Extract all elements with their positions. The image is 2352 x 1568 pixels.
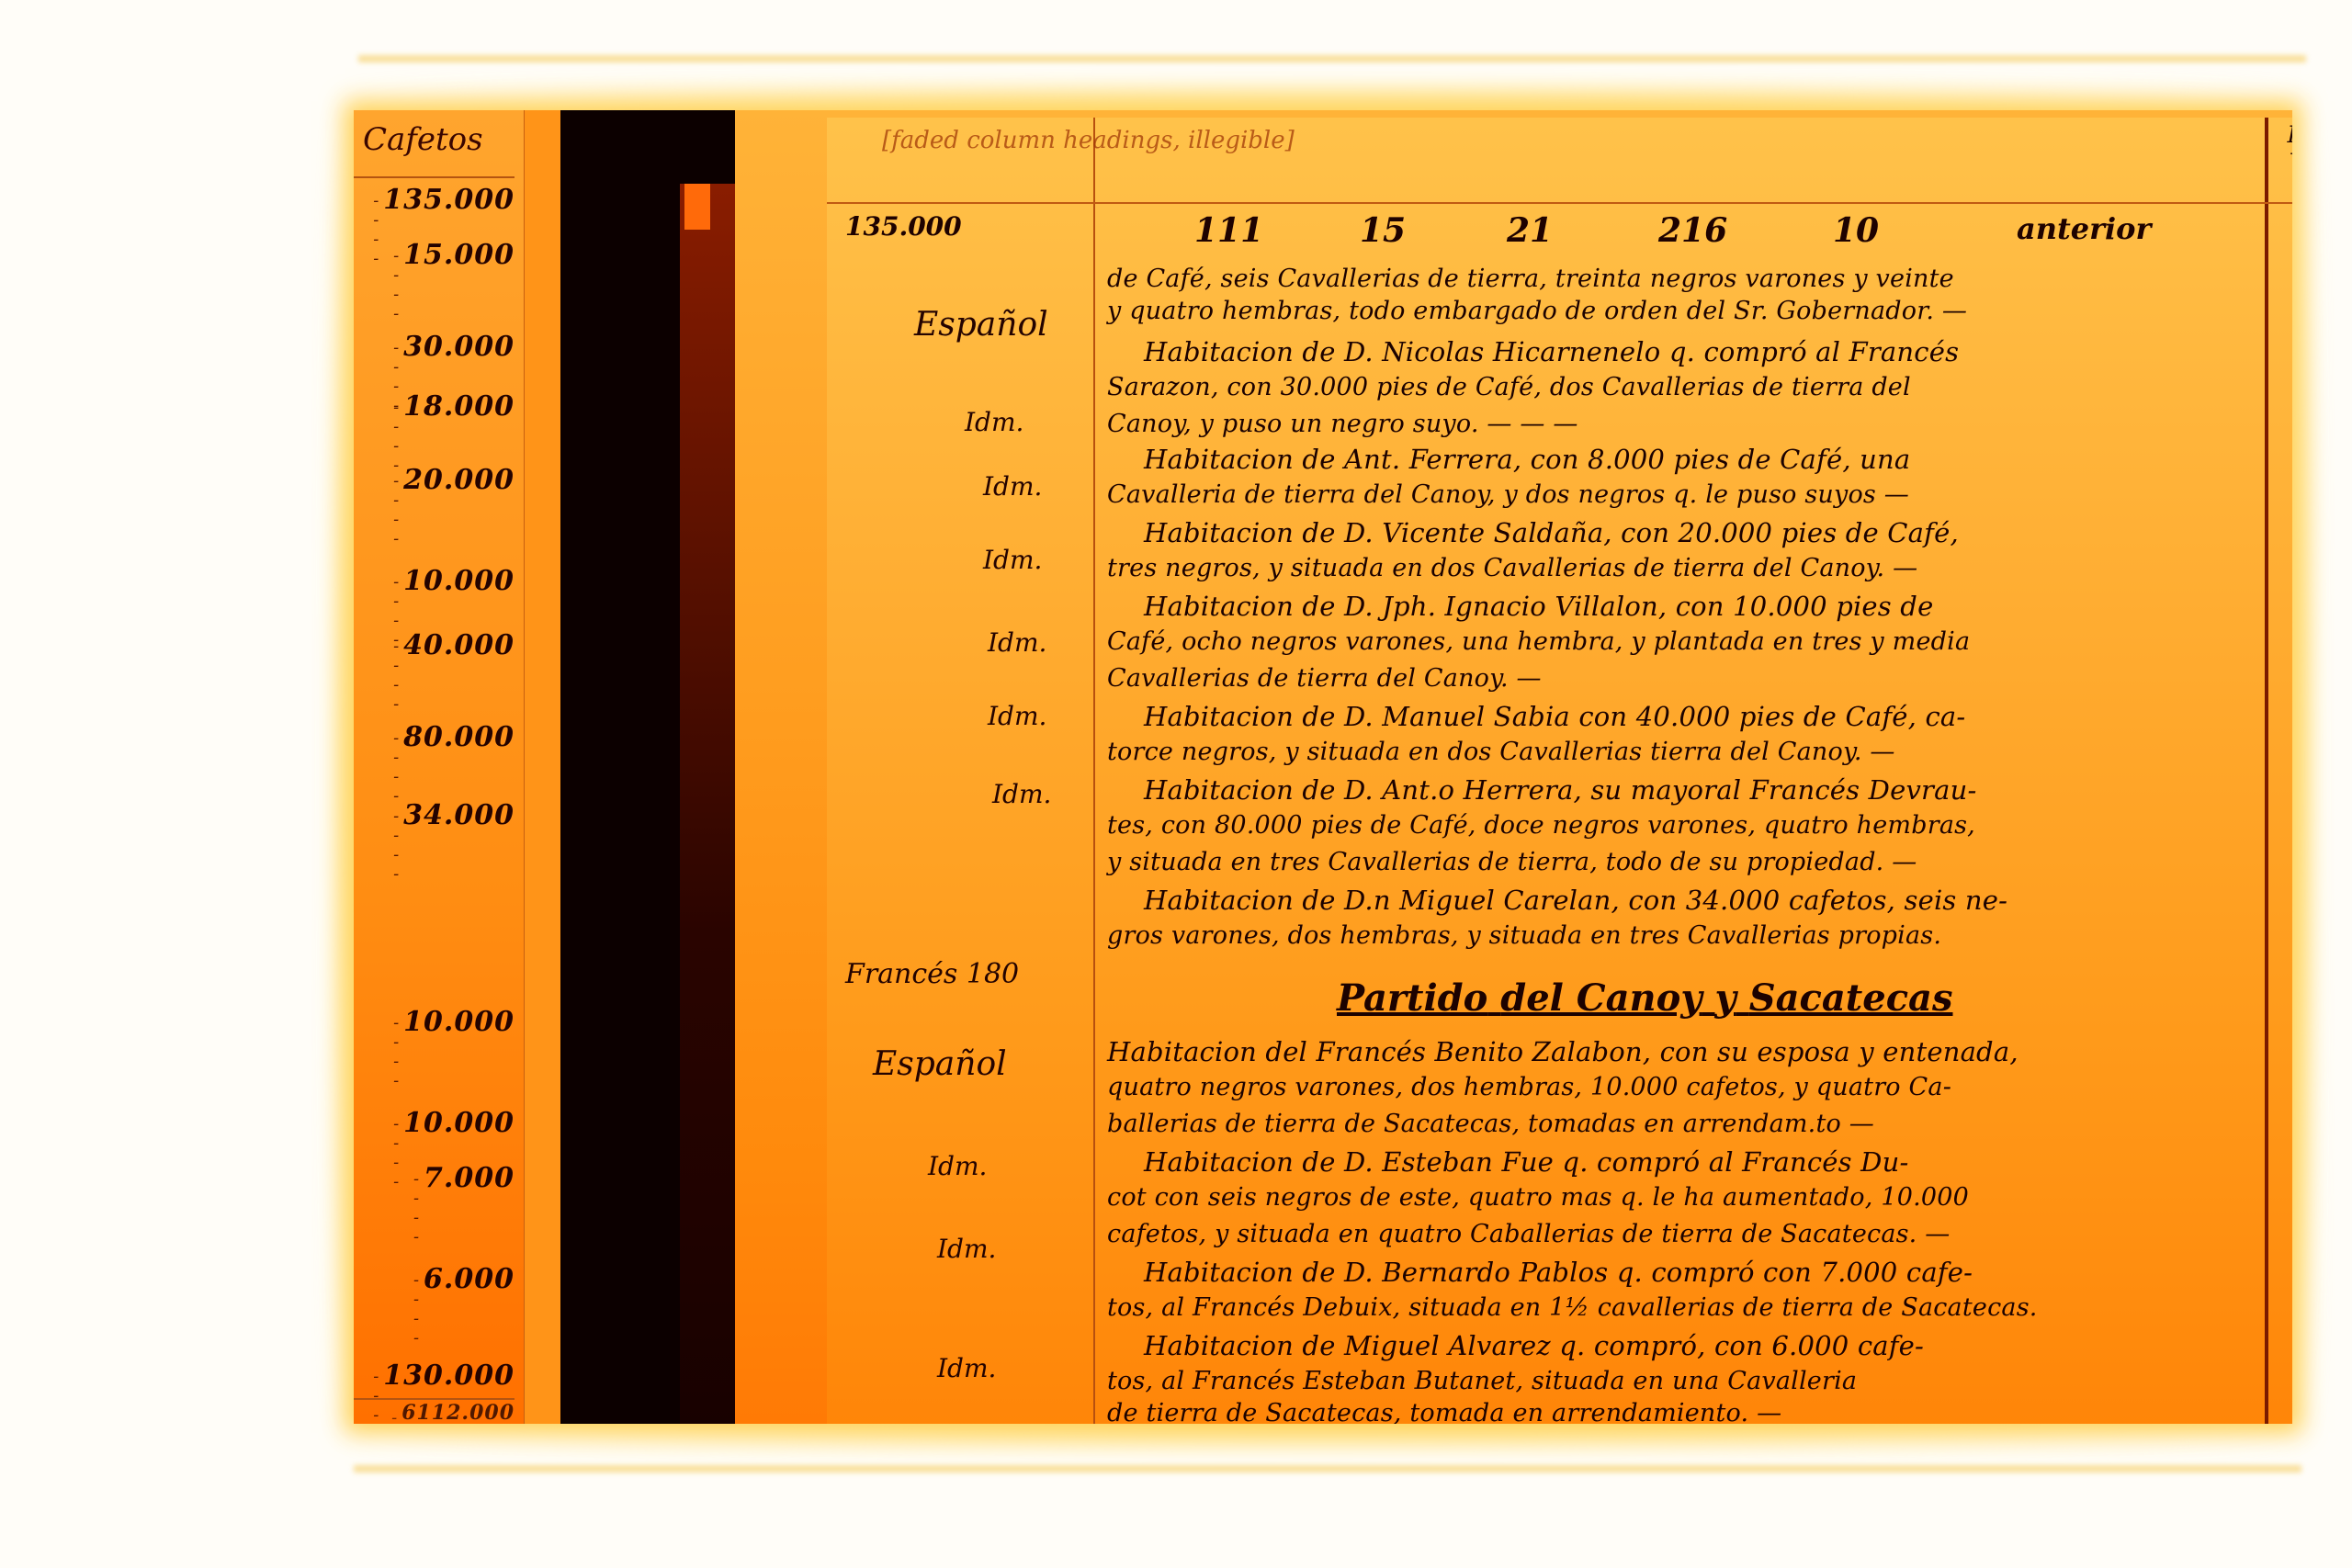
gutter-highlight <box>684 184 710 230</box>
section-entry-line: quatro negros varones, dos hembras, 10.0… <box>1107 1073 1951 1101</box>
margin-note: Idm. <box>937 1234 996 1264</box>
amount-entry: 10.000 <box>403 1107 514 1139</box>
ledger-sheet: Cafetos 135.000 15.000 30.000 18.000 20.… <box>354 110 2292 1424</box>
amount-entry: 80.000 <box>403 721 514 753</box>
carry-value: 10 <box>1833 211 1879 250</box>
entry-line: tres negros, y situada en dos Cavalleria… <box>1107 554 1917 582</box>
scan-edge-top <box>358 55 2306 62</box>
entry-line: Café, ocho negros varones, una hembra, y… <box>1107 627 1970 656</box>
section-entry-line: tos, al Francés Esteban Butanet, situada… <box>1107 1367 1857 1395</box>
entry-line: de Café, seis Cavallerias de tierra, tre… <box>1107 265 1954 293</box>
cafetos-header: Cafetos <box>363 121 483 158</box>
margin-note: Idm. <box>937 1353 996 1383</box>
amount-entry: 30.000 <box>403 331 514 363</box>
binding-gutter <box>560 110 735 1424</box>
main-page: [faded column headings, illegible] 135.0… <box>827 118 2292 1424</box>
faded-header: [faded column headings, illegible] <box>882 127 1295 154</box>
margin-note: Idm. <box>988 627 1046 658</box>
entry-line: Cavallerias de tierra del Canoy. — <box>1107 664 1542 693</box>
header-rule <box>354 176 514 178</box>
carry-value: 216 <box>1658 211 1727 250</box>
margin-note: Idm. <box>983 545 1042 575</box>
amount-entry: 34.000 <box>403 799 514 831</box>
margin-note: Idm. <box>928 1151 987 1181</box>
margin-note: Idm. <box>965 407 1023 437</box>
section-entry-line: tos, al Francés Debuix, situada en 1½ ca… <box>1107 1293 2038 1322</box>
amount-entry: 135.000 <box>383 184 514 216</box>
entry-line: Habitacion de D. Nicolas Hicarnenelo q. … <box>1144 336 1959 367</box>
entry-line: y quatro hembras, todo embargado de orde… <box>1107 297 1967 325</box>
entry-line: Cavalleria de tierra del Canoy, y dos ne… <box>1107 480 1909 509</box>
section-entry-line: Habitacion de Miguel Alvarez q. compró, … <box>1144 1330 1924 1361</box>
section-entry-line: ballerias de tierra de Sacatecas, tomada… <box>1107 1110 1874 1138</box>
section-title: Partido del Canoy y Sacatecas <box>1337 976 1952 1020</box>
amount-entry: 15.000 <box>403 239 514 271</box>
margin-column-rule <box>1093 118 1095 1424</box>
amount-entry: 6.000 <box>424 1263 514 1295</box>
section-entry-line: Habitacion de D. Esteban Fue q. compró a… <box>1144 1146 1909 1178</box>
section-title-part: del Canoy <box>1500 976 1702 1020</box>
carry-value: 21 <box>1507 211 1553 250</box>
amount-total: 6112.000 <box>401 1401 514 1424</box>
amount-entry: 10.000 <box>403 565 514 597</box>
left-ledger-column: Cafetos 135.000 15.000 30.000 18.000 20.… <box>354 110 524 1424</box>
carry-value: 15 <box>1360 211 1406 250</box>
section-title-part: Partido <box>1337 976 1487 1020</box>
entry-line: torce negros, y situada en dos Cavalleri… <box>1107 738 1895 766</box>
margin-note: Idm. <box>992 779 1051 809</box>
margin-note: Español <box>873 1045 1007 1083</box>
amount-entry: 20.000 <box>403 464 514 496</box>
section-entry-line: de tierra de Sacatecas, tomada en arrend… <box>1107 1399 1781 1424</box>
amount-entry: 130.000 <box>383 1359 514 1392</box>
carry-label: anterior <box>2017 211 2151 246</box>
column-header: Familias Varones <box>2269 121 2292 176</box>
section-entry-line: cot con seis negros de este, quatro mas … <box>1107 1183 1969 1212</box>
section-entry-line: Habitacion del Francés Benito Zalabon, c… <box>1107 1036 2018 1067</box>
section-title-part: y <box>1715 976 1736 1020</box>
section-title-part: Sacatecas <box>1749 976 1953 1020</box>
entry-line: Habitacion de D. Jph. Ignacio Villalon, … <box>1144 591 1933 622</box>
column-header-line: Familias <box>2269 121 2292 149</box>
entry-line: Habitacion de D.n Miguel Carelan, con 34… <box>1144 885 2007 916</box>
entry-line: Habitacion de D. Vicente Saldaña, con 20… <box>1144 517 1959 548</box>
column-header-line: Varones <box>2269 149 2292 176</box>
entry-line: Habitacion de D. Ant.o Herrera, su mayor… <box>1144 774 1976 806</box>
margin-note: Español <box>914 306 1048 344</box>
margin-note: Idm. <box>988 701 1046 731</box>
entry-line: Sarazon, con 30.000 pies de Café, dos Ca… <box>1107 373 1911 401</box>
amount-entry: 18.000 <box>403 390 514 423</box>
carry-value: 111 <box>1194 211 1263 250</box>
entry-line: Canoy, y puso un negro suyo. — — — <box>1107 410 1578 438</box>
margin-note: Idm. <box>983 471 1042 502</box>
gutter-shadow <box>680 184 735 1424</box>
section-entry-line: Habitacion de D. Bernardo Pablos q. comp… <box>1144 1257 1973 1288</box>
margin-note: Francés 180 <box>845 958 1019 990</box>
section-entry-line: cafetos, y situada en quatro Caballerias… <box>1107 1220 1950 1248</box>
amount-entry: 7.000 <box>424 1162 514 1194</box>
entry-line: tes, con 80.000 pies de Café, doce negro… <box>1107 811 1975 840</box>
entry-line: gros varones, dos hembras, y situada en … <box>1107 921 1941 950</box>
total-rule <box>354 1398 514 1400</box>
entry-line: Habitacion de Ant. Ferrera, con 8.000 pi… <box>1144 444 1910 475</box>
scan-edge-bottom <box>354 1465 2301 1472</box>
right-columns-rule <box>2265 118 2268 1424</box>
amount-entry: 40.000 <box>403 629 514 661</box>
header-row-rule <box>827 202 2292 204</box>
entry-line: y situada en tres Cavallerias de tierra,… <box>1107 848 1917 876</box>
amount-entry: 10.000 <box>403 1006 514 1038</box>
carry-value: 135.000 <box>845 211 962 242</box>
entry-line: Habitacion de D. Manuel Sabia con 40.000… <box>1144 701 1965 732</box>
